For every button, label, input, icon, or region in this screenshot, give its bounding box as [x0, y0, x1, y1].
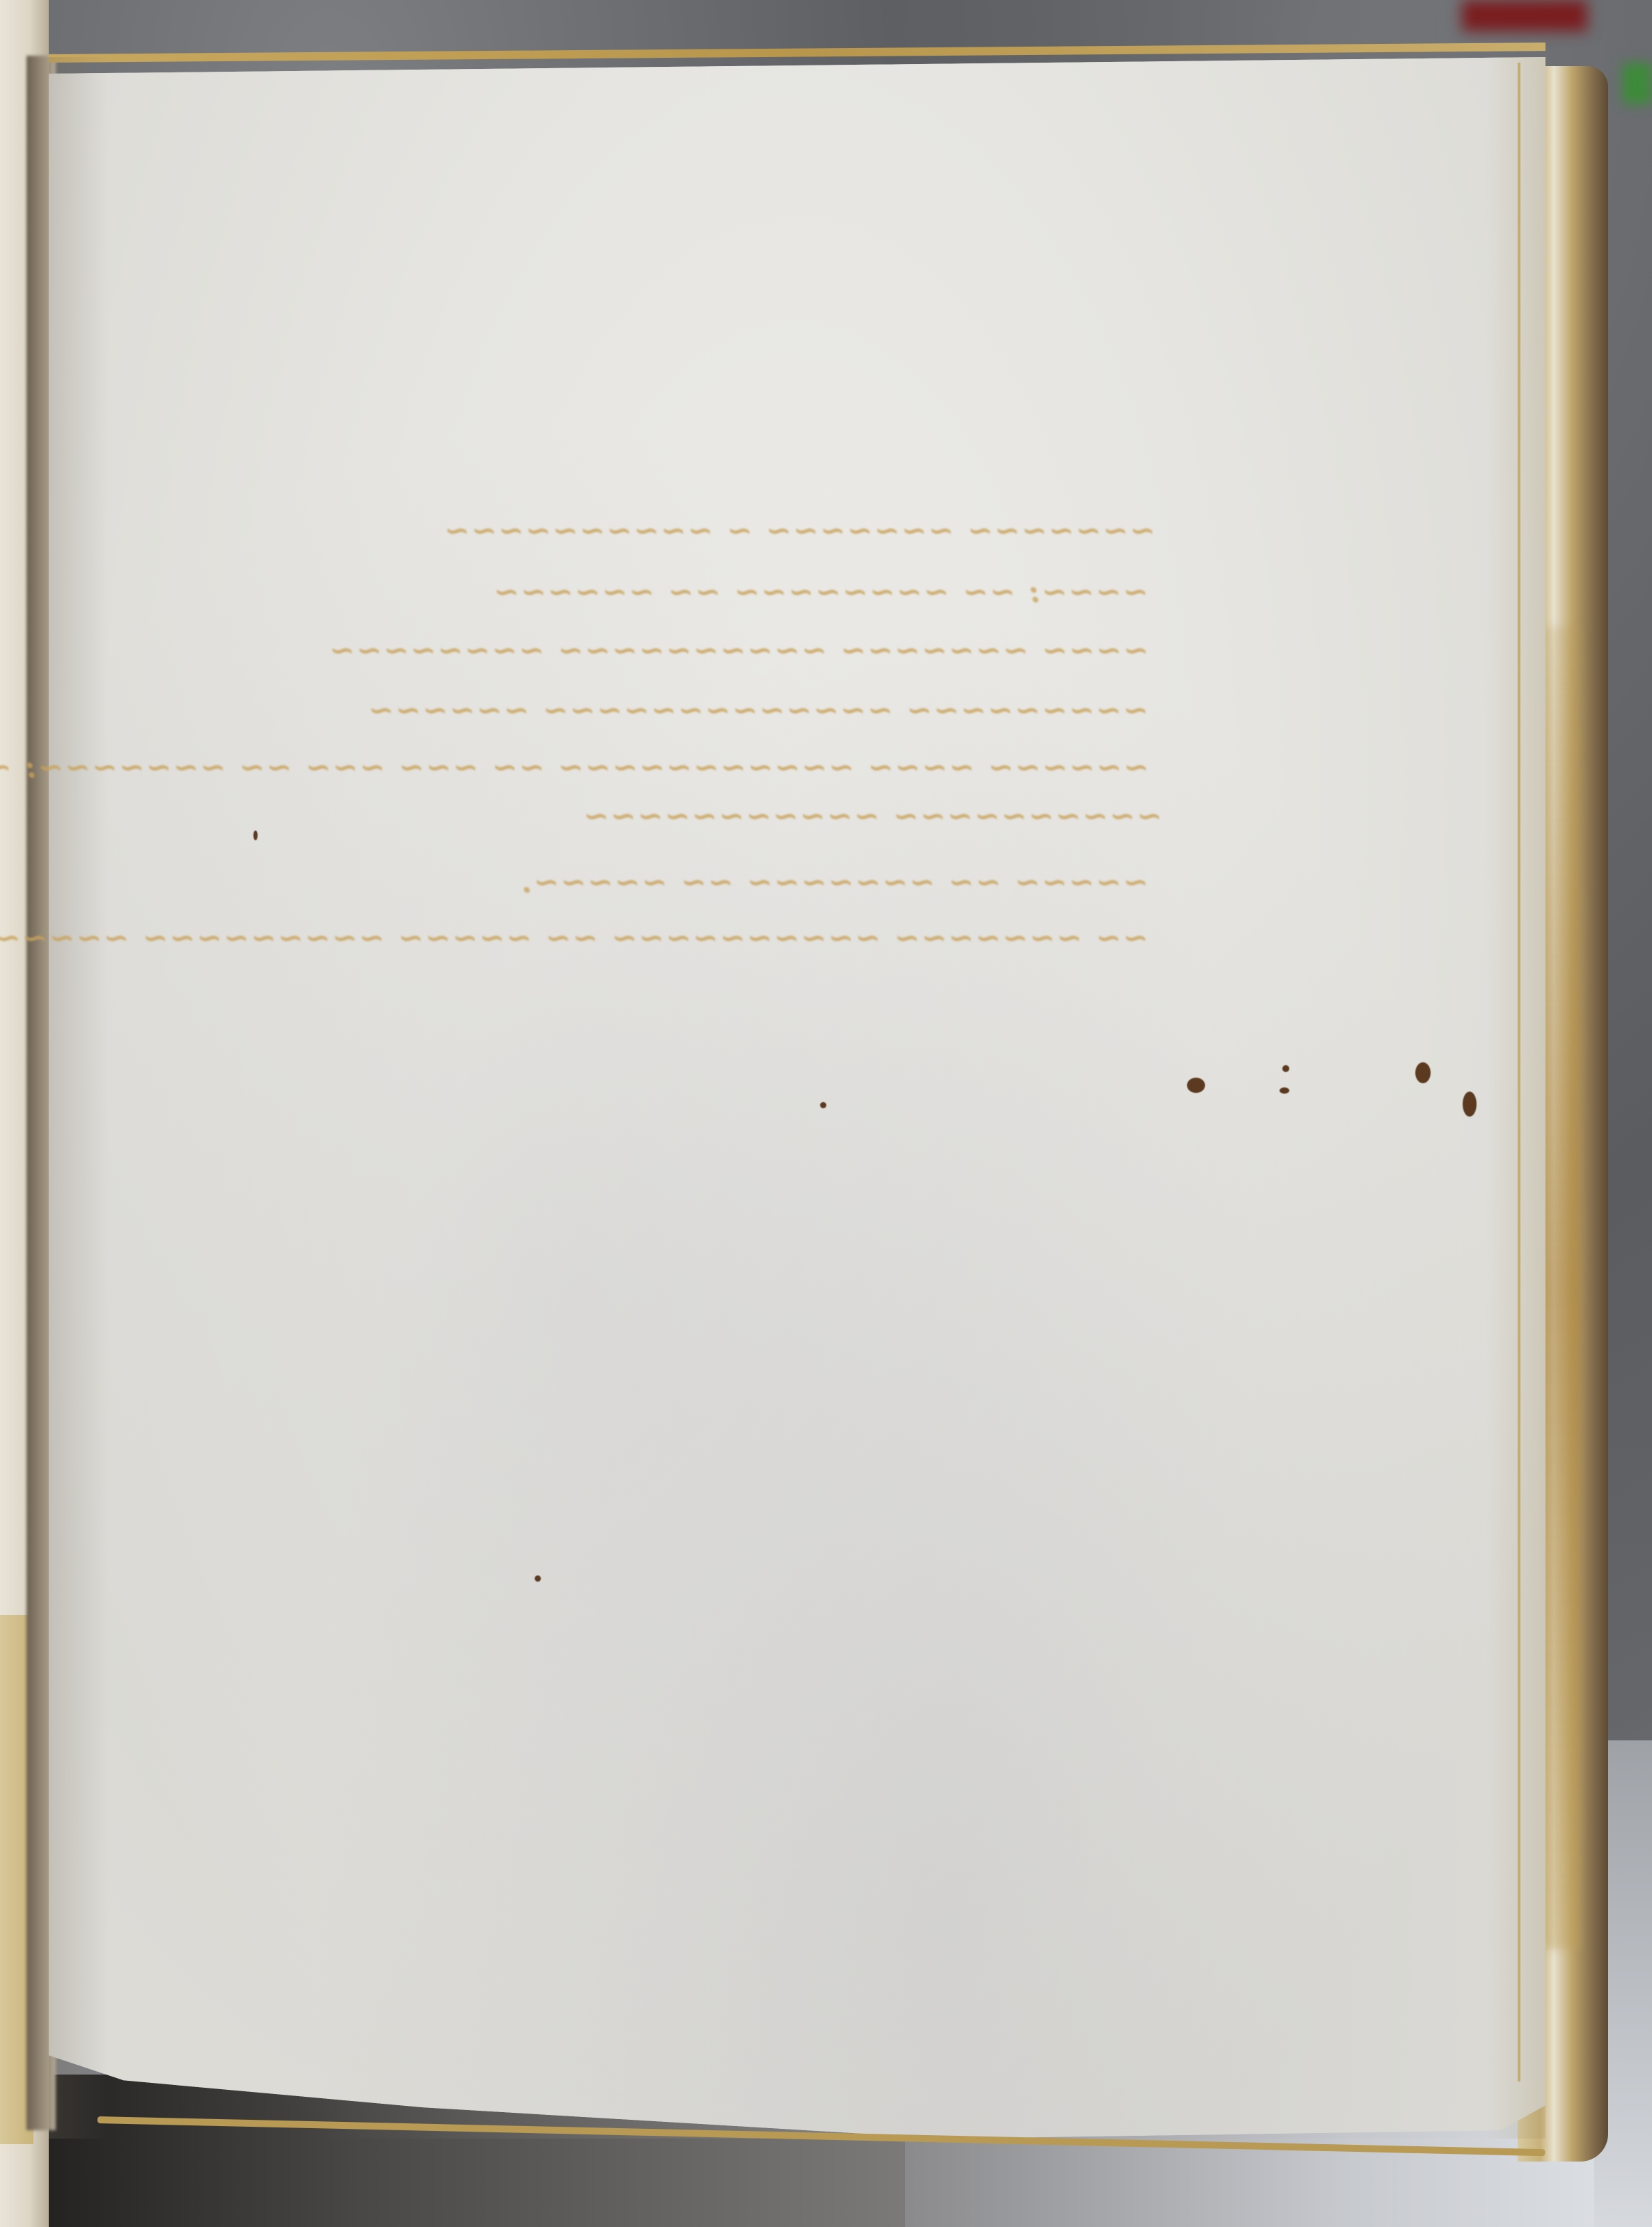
page-right-edge	[1518, 63, 1520, 2082]
foxing-spot	[1187, 1078, 1205, 1093]
foxing-spot	[820, 1102, 826, 1108]
foxing-spot	[1280, 1087, 1289, 1094]
foxing-spot	[1282, 1065, 1289, 1072]
offset-line-7: ~~~~~ ~~ ~~~~~~~ ~~ ~~~~~.	[520, 867, 1149, 899]
foxing-spot	[535, 1575, 541, 1582]
book-page	[49, 57, 1545, 2139]
offset-line-3: ~~~~ ~~~~~~~ ~~~~~~~~~~ ~~~~~~~~	[328, 635, 1149, 667]
offset-line-6: ~~~~~~~~~~ ~~~~~~~~~~~	[582, 801, 1163, 833]
green-object-background	[1622, 63, 1652, 104]
offset-line-5: ~~~~~~ ~~~~ ~~~~~~~~~~~ ~~ ~~~ ~~~ ~~ ~~…	[0, 752, 1149, 784]
offset-line-1: ~~~~~~~ ~~~~~~~ ~ ~~~~~~~~~~	[443, 515, 1156, 547]
foxing-spot	[1415, 1062, 1431, 1083]
offset-line-8: ~~ ~~~~~~~ ~~~~~~~~~~ ~~ ~~~~~ ~~~~~~~~~…	[0, 922, 1149, 954]
mirrored-ink-offset: ~~~~~~~ ~~~~~~~ ~ ~~~~~~~~~~ ~~~~: ~~ ~~…	[104, 515, 1163, 961]
offset-line-4: ~~~~~~~~~ ~~~~~~~~~~~~~ ~~~~~~	[367, 695, 1149, 727]
offset-line-2: ~~~~: ~~ ~~~~~~~~ ~~ ~~~~~~	[492, 576, 1149, 608]
foxing-spot	[1463, 1092, 1477, 1117]
foxing-spot	[253, 831, 258, 840]
red-object-background	[1462, 0, 1587, 31]
